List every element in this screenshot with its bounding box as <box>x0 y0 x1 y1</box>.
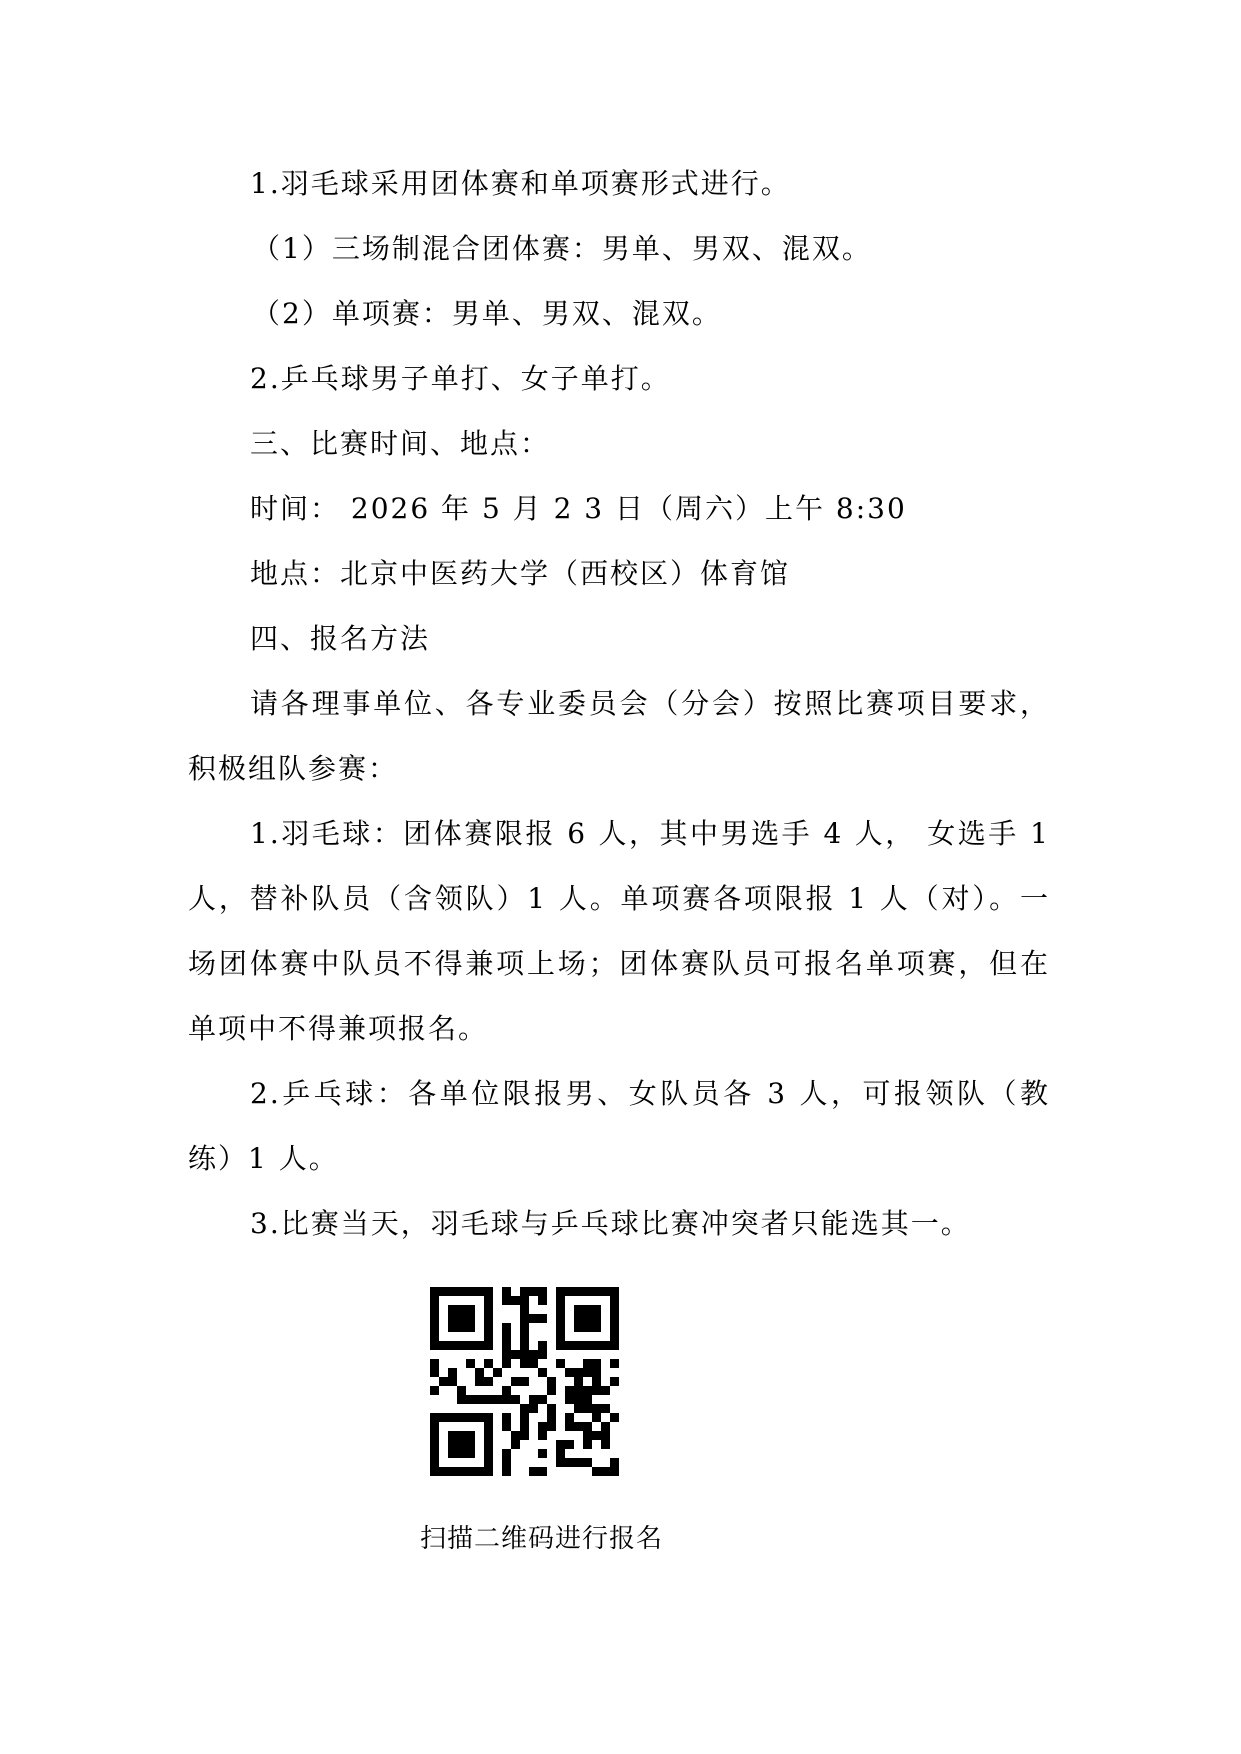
text-line: 时间： 2026 年 5 月 2 3 日（周六）上午 8:30 <box>250 489 907 529</box>
text-line: 单项中不得兼项报名。 <box>188 1009 488 1049</box>
text-line: 地点：北京中医药大学（西校区）体育馆 <box>250 554 790 594</box>
text-line: 3.比赛当天，羽毛球与乒乓球比赛冲突者只能选其一。 <box>250 1204 971 1244</box>
text-line: 1.羽毛球采用团体赛和单项赛形式进行。 <box>250 164 791 204</box>
text-line: 2.乒乓球男子单打、女子单打。 <box>250 359 671 399</box>
text-line: （2）单项赛：男单、男双、混双。 <box>252 294 722 334</box>
text-line: 三、比赛时间、地点： <box>250 424 550 464</box>
registration-qr-code[interactable] <box>430 1287 619 1476</box>
text-line: 1.羽毛球：团体赛限报 6 人，其中男选手 4 人， 女选手 1 <box>250 814 1050 854</box>
text-line: 场团体赛中队员不得兼项上场；团体赛队员可报名单项赛，但在 <box>188 944 1050 984</box>
qr-caption: 扫描二维码进行报名 <box>420 1521 663 1557</box>
text-line: 积极组队参赛： <box>188 749 398 789</box>
text-line: 2.乒乓球：各单位限报男、女队员各 3 人，可报领队（教 <box>250 1074 1050 1114</box>
text-line: 人，替补队员（含领队）1 人。单项赛各项限报 1 人（对）。一 <box>188 879 1050 919</box>
text-line: 练）1 人。 <box>188 1139 339 1179</box>
text-line: 请各理事单位、各专业委员会（分会）按照比赛项目要求， <box>250 684 1050 724</box>
text-line: 四、报名方法 <box>250 619 430 659</box>
text-line: （1）三场制混合团体赛：男单、男双、混双。 <box>252 229 872 269</box>
